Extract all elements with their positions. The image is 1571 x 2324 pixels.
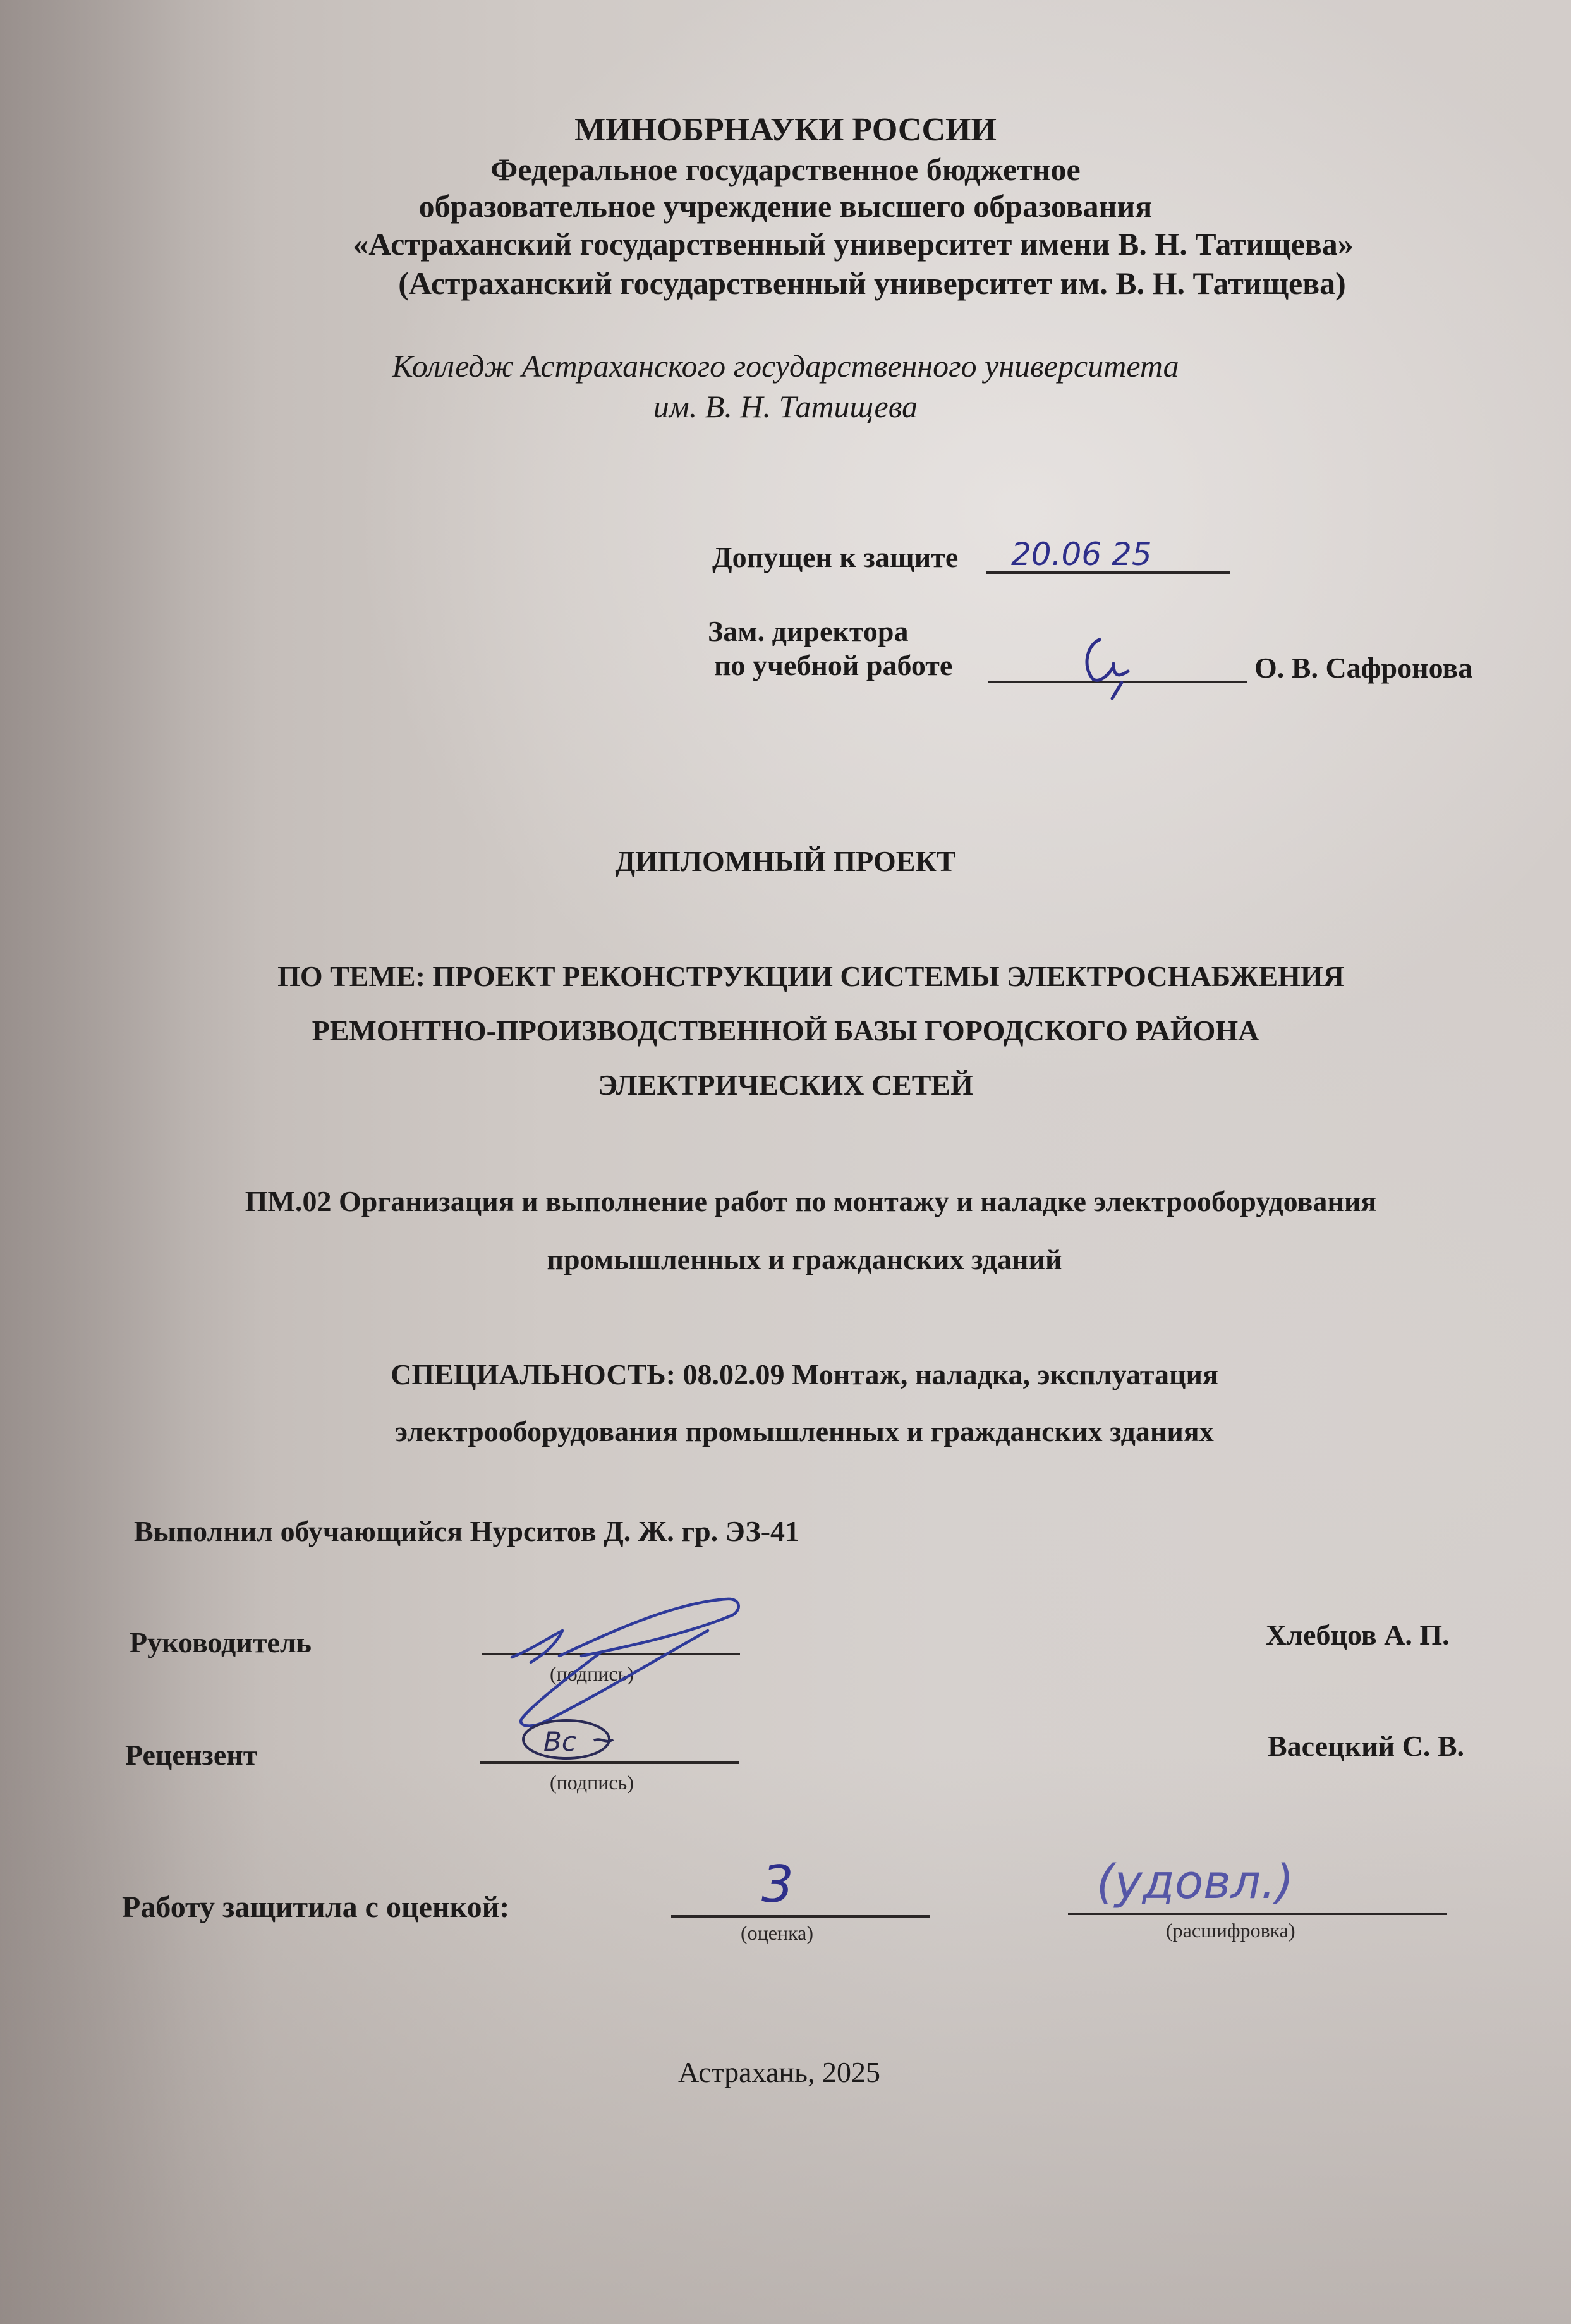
defense-result-label: Работу защитила с оценкой:	[122, 1890, 509, 1925]
city-year: Астрахань, 2025	[0, 2055, 1565, 2089]
org-line-3: «Астраханский государственный университе…	[253, 226, 1453, 262]
module-title: Организация и выполнение работ по монтаж…	[331, 1185, 1376, 1217]
admitted-label: Допущен к защите	[712, 540, 958, 574]
student-line: Выполнил обучающийся Нурситов Д. Ж. гр. …	[134, 1514, 799, 1548]
deputy-label-2: по учебной работе	[714, 648, 952, 682]
ministry-heading: МИНОБРНАУКИ РОССИИ	[0, 113, 1571, 148]
specialty-line-1: СПЕЦИАЛЬНОСТЬ: 08.02.09 Монтаж, наладка,…	[19, 1358, 1571, 1391]
college-line-2: им. В. Н. Татищева	[0, 388, 1571, 425]
module-line-2: промышленных и гражданских зданий	[19, 1243, 1571, 1276]
topic-line-2: РЕМОНТНО-ПРОИЗВОДСТВЕННОЙ БАЗЫ ГОРОДСКОГ…	[0, 1014, 1571, 1047]
reviewer-label: Рецензент	[125, 1738, 257, 1772]
college-line-1: Колледж Астраханского государственного у…	[0, 348, 1571, 384]
module-line-1: ПМ.02 Организация и выполнение работ по …	[25, 1184, 1571, 1218]
specialty-code-title: 08.02.09 Монтаж, наладка, эксплуатация	[676, 1358, 1218, 1390]
reviewer-signature-caption: (подпись)	[550, 1771, 634, 1794]
reviewer-signature-initials: Вс	[543, 1726, 576, 1757]
supervisor-label: Руководитель	[130, 1626, 312, 1659]
document-type: ДИПЛОМНЫЙ ПРОЕКТ	[0, 844, 1571, 878]
page-shadow-bottom	[0, 1755, 1571, 2324]
topic-line-1: ПО ТЕМЕ: ПРОЕКТ РЕКОНСТРУКЦИИ СИСТЕМЫ ЭЛ…	[25, 959, 1571, 993]
org-line-1: Федеральное государственное бюджетное	[0, 152, 1571, 187]
deputy-signature	[1074, 632, 1150, 702]
supervisor-signature	[487, 1593, 752, 1732]
supervisor-name: Хлебцов А. П.	[1266, 1618, 1450, 1652]
topic-line-3: ЭЛЕКТРИЧЕСКИХ СЕТЕЙ	[0, 1068, 1571, 1102]
grade-line	[671, 1915, 930, 1918]
org-line-4: (Астраханский государственный университе…	[272, 265, 1472, 301]
module-code: ПМ.02	[245, 1185, 332, 1217]
grade-handwritten: 3	[761, 1855, 794, 1914]
specialty-label: СПЕЦИАЛЬНОСТЬ:	[391, 1358, 676, 1390]
grade-decode-line	[1068, 1913, 1447, 1915]
reviewer-signature: Вс	[518, 1714, 632, 1771]
deputy-label-1: Зам. директора	[708, 614, 908, 648]
specialty-line-2: электрооборудования промышленных и гражд…	[19, 1414, 1571, 1448]
grade-decoded-handwritten: (удовл.)	[1096, 1855, 1294, 1909]
org-line-2: образовательное учреждение высшего образ…	[0, 188, 1571, 224]
admitted-date-handwritten: 20.06 25	[1011, 536, 1152, 573]
deputy-name: О. В. Сафронова	[1254, 651, 1472, 684]
grade-decode-caption: (расшифровка)	[1166, 1919, 1295, 1942]
grade-caption: (оценка)	[741, 1921, 813, 1945]
reviewer-name: Васецкий С. В.	[1268, 1729, 1464, 1763]
